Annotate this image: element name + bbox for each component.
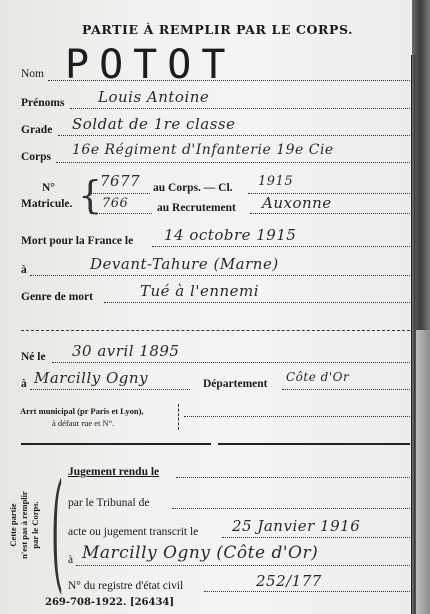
grade-line (58, 135, 410, 136)
grade-label: Grade (21, 124, 52, 136)
mort-label: Mort pour la France le (21, 235, 133, 247)
lieu-naissance-label: à (21, 378, 27, 390)
tribunal-label: par le Tribunal de (68, 497, 149, 509)
mort-value: 14 octobre 1915 (164, 226, 296, 244)
prenoms-label: Prénoms (21, 97, 64, 109)
lieu-mort-line (30, 275, 410, 276)
recrutement-no-line (90, 213, 152, 214)
ne-le-label: Né le (21, 351, 46, 363)
recrutement-label: au Recrutement (157, 202, 236, 214)
grade-value: Soldat de 1re classe (72, 115, 235, 133)
genre-mort-label: Genre de mort (21, 291, 93, 303)
recrutement-line (250, 213, 410, 214)
nom-label: Nom (21, 68, 44, 80)
scan-edge-lower (416, 330, 430, 614)
recrutement-no-value: 766 (102, 196, 128, 211)
classe-value: 1915 (258, 174, 293, 189)
jugement-line (176, 477, 410, 478)
section-rule-left (21, 443, 211, 445)
genre-mort-value: Tué à l'ennemi (140, 282, 259, 300)
corps-label: Corps (21, 151, 51, 163)
form-header: PARTIE À REMPLIR PAR LE CORPS. (82, 22, 353, 37)
arrondissement-label: Arrt municipal (pr Paris et Lyon), (20, 406, 144, 416)
recrutement-value: Auxonne (262, 194, 332, 212)
mort-line (152, 246, 410, 247)
lieu-naissance-value: Marcilly Ogny (34, 369, 148, 387)
au-corps-label: au Corps. — Cl. (153, 182, 233, 194)
departement-value: Côte d'Or (286, 370, 349, 384)
form-reference: 269-708-1922. [26434] (45, 597, 174, 608)
prenoms-line (70, 108, 410, 109)
ne-le-value: 30 avril 1895 (72, 342, 179, 360)
lieu-mort-label: à (21, 264, 27, 276)
lieu-transcrit-line (76, 565, 410, 566)
departement-line (282, 389, 410, 390)
corps-line (56, 162, 410, 163)
separator-line (21, 330, 410, 331)
lieu-transcrit-label: à (68, 554, 73, 566)
border-line (414, 55, 415, 614)
corps-no-line (90, 193, 150, 194)
tribunal-line (172, 508, 410, 509)
lieu-mort-value: Devant-Tahure (Marne) (90, 255, 279, 273)
matricule-label: Matricule. (21, 198, 72, 210)
side-note: Cette partie n'est pas à remplir par le … (8, 470, 48, 580)
genre-mort-line (104, 302, 410, 303)
departement-label: Département (203, 378, 268, 390)
nom-value: POTOT (65, 42, 235, 88)
prenoms-value: Louis Antoine (98, 88, 209, 106)
ne-le-line (52, 362, 410, 363)
section-rule-right (218, 443, 410, 445)
arrondissement-line (184, 416, 410, 417)
section-brace: ( (51, 468, 63, 596)
arrondissement-sublabel: à défaut rue et N°. (52, 418, 114, 428)
matricule-corps-value: 7677 (100, 172, 140, 190)
jugement-label: Jugement rendu le (68, 466, 159, 478)
arrondissement-divider (178, 404, 179, 430)
transcrit-line (222, 537, 410, 538)
transcrit-label: acte ou jugement transcrit le (68, 526, 198, 538)
matricule-brace: { (78, 176, 102, 214)
registre-line (204, 591, 410, 592)
matricule-no-label: N° (42, 182, 55, 194)
border-line (411, 55, 412, 614)
registre-label: N° du registre d'état civil (68, 580, 183, 592)
transcrit-value: 25 Janvier 1916 (232, 517, 360, 535)
corps-value: 16e Régiment d'Infanterie 19e Cie (72, 142, 334, 158)
registre-value: 252/177 (256, 572, 322, 590)
lieu-naissance-line (30, 389, 190, 390)
lieu-transcrit-value: Marcilly Ogny (Côte d'Or) (82, 543, 318, 563)
